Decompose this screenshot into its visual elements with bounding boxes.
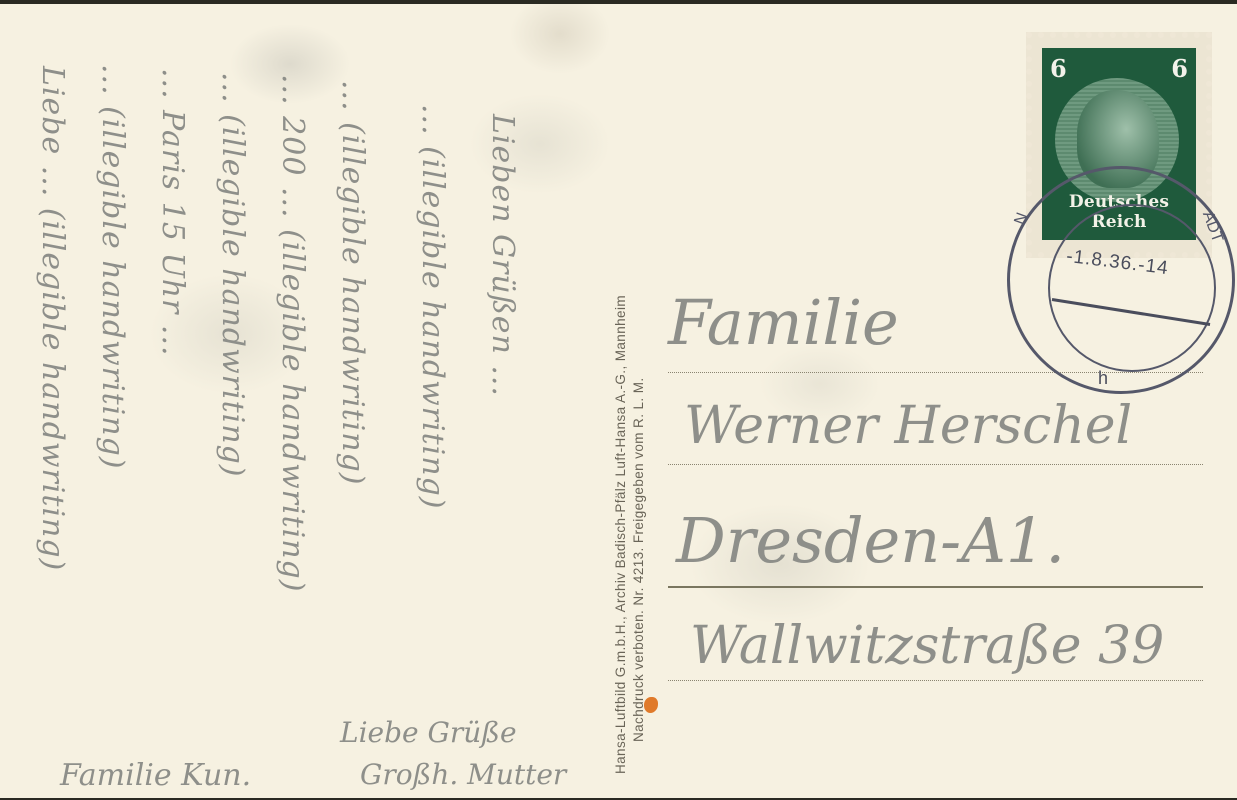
postmark-inner-ring	[1048, 204, 1216, 372]
message-column: ... (illegible handwriting)	[415, 104, 450, 510]
postcard: Liebe ... (illegible handwriting) ... (i…	[0, 4, 1237, 798]
message-column: ... 200 ... (illegible handwriting)	[275, 74, 310, 592]
address-recipient-name: Werner Herschel	[684, 396, 1132, 456]
message-column: Lieben Grüßen ...	[485, 114, 520, 397]
message-signature: Familie Kun.	[60, 758, 251, 793]
message-column: ... (illegible handwriting)	[95, 64, 130, 470]
message-column: ... (illegible handwriting)	[335, 80, 370, 486]
address-city: Dresden-A1.	[676, 504, 1065, 577]
message-closing: Liebe Grüße	[340, 716, 517, 749]
address-line-rule	[668, 680, 1203, 681]
publisher-imprint: Hansa-Luftbild G.m.b.H., Archiv Badisch-…	[612, 295, 648, 774]
address-street: Wallwitzstraße 39	[690, 616, 1164, 676]
imprint-line-1: Hansa-Luftbild G.m.b.H., Archiv Badisch-…	[612, 295, 630, 774]
stamp-value-left: 6	[1050, 54, 1067, 83]
address-line-rule	[668, 464, 1203, 465]
stamp-value-right: 6	[1171, 54, 1188, 83]
postmark-letter: h	[1098, 368, 1108, 389]
address-recipient-family: Familie	[668, 286, 899, 359]
message-column: ... (illegible handwriting)	[215, 72, 250, 478]
message-column: Liebe ... (illegible handwriting)	[35, 66, 70, 571]
handwritten-message: Liebe ... (illegible handwriting) ... (i…	[20, 44, 600, 744]
address-line-rule	[668, 586, 1203, 588]
message-column: ... Paris 15 Uhr ...	[155, 68, 190, 357]
message-closing-signature: Großh. Mutter	[360, 758, 566, 791]
ink-stain	[644, 697, 658, 713]
